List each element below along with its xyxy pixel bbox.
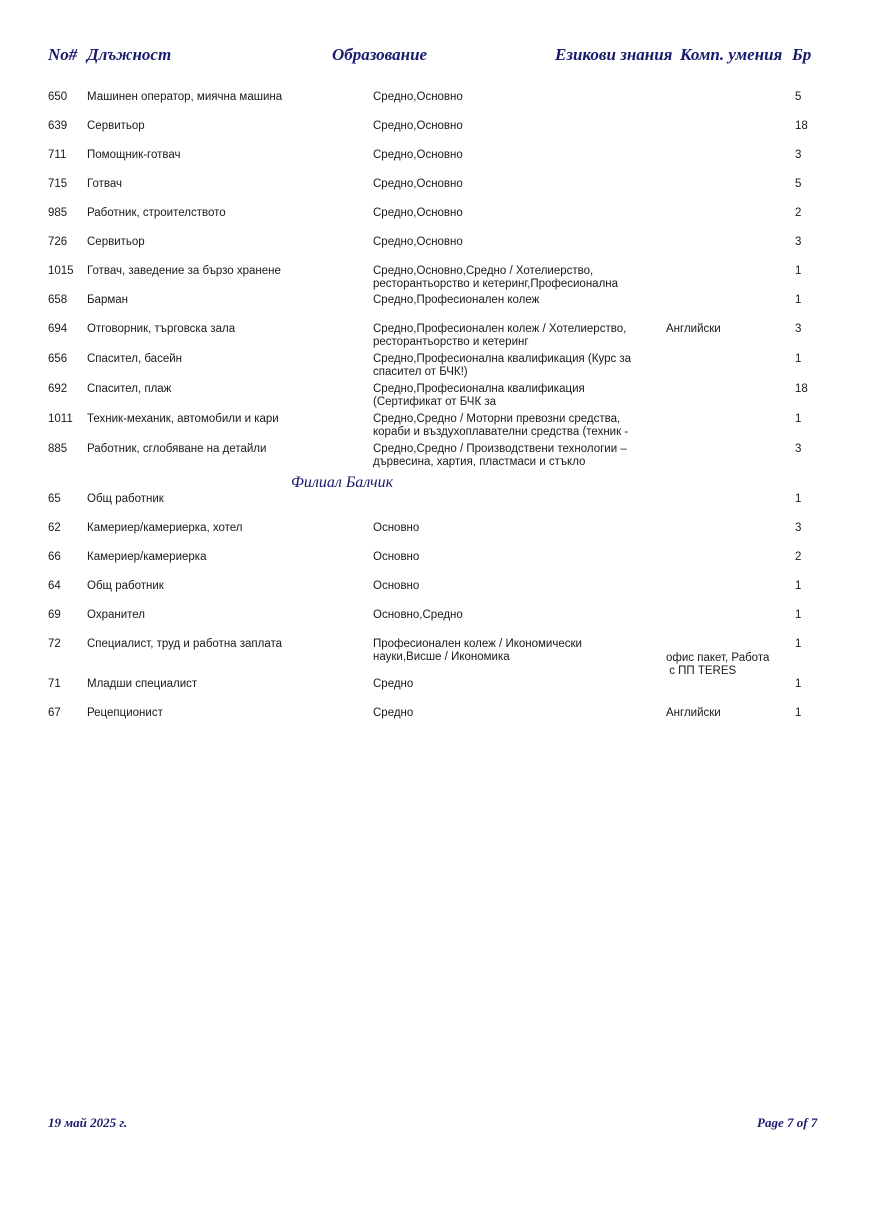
- row-number: 692: [48, 383, 67, 396]
- row-education: Средно,Основно: [373, 91, 653, 104]
- row-number: 656: [48, 353, 67, 366]
- row-education: Основно,Средно: [373, 609, 653, 622]
- row-count: 1: [795, 707, 801, 720]
- row-number: 650: [48, 91, 67, 104]
- row-education: Средно,Средно / Моторни превозни средств…: [373, 413, 653, 439]
- row-education: Средно,Основно,Средно / Хотелиерство, ре…: [373, 265, 653, 291]
- row-position: Спасител, басейн: [87, 353, 182, 366]
- row-education: Средно,Основно: [373, 207, 653, 220]
- row-education: Средно,Професионален колеж / Хотелиерств…: [373, 323, 653, 349]
- row-education: Средно,Основно: [373, 149, 653, 162]
- row-number: 62: [48, 522, 61, 535]
- row-position: Помощник-готвач: [87, 149, 181, 162]
- row-count: 18: [795, 120, 808, 133]
- header-languages: Езикови знания: [555, 45, 672, 65]
- footer-page-number: Page 7 of 7: [757, 1115, 817, 1131]
- row-count: 1: [795, 265, 801, 278]
- row-education: Средно,Основно: [373, 120, 653, 133]
- row-number: 71: [48, 678, 61, 691]
- row-position: Машинен оператор, миячна машина: [87, 91, 282, 104]
- row-number: 658: [48, 294, 67, 307]
- row-position: Общ работник: [87, 580, 164, 593]
- row-count: 1: [795, 493, 801, 506]
- header-count: Бр: [792, 45, 811, 65]
- row-count: 5: [795, 178, 801, 191]
- row-position: Готвач: [87, 178, 122, 191]
- row-position: Охранител: [87, 609, 145, 622]
- header-no: No#: [48, 45, 77, 65]
- row-education: Средно,Основно: [373, 236, 653, 249]
- row-position: Барман: [87, 294, 128, 307]
- row-count: 1: [795, 678, 801, 691]
- row-count: 3: [795, 443, 801, 456]
- row-count: 3: [795, 149, 801, 162]
- row-education: Професионален колеж / Икономически науки…: [373, 638, 653, 664]
- row-number: 64: [48, 580, 61, 593]
- row-education: Средно: [373, 678, 653, 691]
- row-number: 65: [48, 493, 61, 506]
- row-education: Средно,Професионална квалификация (Курс …: [373, 353, 653, 379]
- row-position: Младши специалист: [87, 678, 197, 691]
- row-position: Камериер/камериерка, хотел: [87, 522, 243, 535]
- row-computer-skills: офис пакет, Работа с ПП TERES: [666, 652, 769, 678]
- row-position: Техник-механик, автомобили и кари: [87, 413, 279, 426]
- row-languages: Английски: [666, 707, 721, 720]
- row-number: 72: [48, 638, 61, 651]
- row-count: 1: [795, 609, 801, 622]
- row-position: Сервитьор: [87, 120, 145, 133]
- row-count: 1: [795, 580, 801, 593]
- row-education: Средно,Средно / Производствени технологи…: [373, 443, 653, 469]
- row-number: 694: [48, 323, 67, 336]
- row-education: Основно: [373, 522, 653, 535]
- row-position: Работник, строителството: [87, 207, 226, 220]
- row-education: Средно: [373, 707, 653, 720]
- footer-date: 19 май 2025 г.: [48, 1115, 127, 1131]
- row-count: 3: [795, 522, 801, 535]
- row-number: 715: [48, 178, 67, 191]
- row-education: Основно: [373, 580, 653, 593]
- row-education: Средно,Професионална квалификация (Серти…: [373, 383, 653, 409]
- row-number: 1011: [48, 413, 73, 426]
- row-count: 1: [795, 294, 801, 307]
- row-position: Рецепционист: [87, 707, 163, 720]
- row-count: 1: [795, 638, 801, 651]
- row-count: 1: [795, 413, 801, 426]
- row-count: 5: [795, 91, 801, 104]
- row-position: Общ работник: [87, 493, 164, 506]
- row-number: 69: [48, 609, 61, 622]
- row-number: 711: [48, 149, 66, 162]
- row-count: 3: [795, 323, 801, 336]
- row-number: 66: [48, 551, 61, 564]
- row-number: 885: [48, 443, 67, 456]
- row-count: 2: [795, 207, 801, 220]
- row-number: 1015: [48, 265, 74, 278]
- row-count: 18: [795, 383, 808, 396]
- header-position: Длъжност: [87, 45, 171, 65]
- row-position: Спасител, плаж: [87, 383, 171, 396]
- row-position: Работник, сглобяване на детайли: [87, 443, 266, 456]
- row-position: Камериер/камериерка: [87, 551, 206, 564]
- row-education: Средно,Основно: [373, 178, 653, 191]
- row-number: 67: [48, 707, 61, 720]
- row-number: 985: [48, 207, 67, 220]
- row-count: 3: [795, 236, 801, 249]
- row-languages: Английски: [666, 323, 721, 336]
- row-education: Основно: [373, 551, 653, 564]
- row-position: Отговорник, търговска зала: [87, 323, 235, 336]
- row-number: 639: [48, 120, 67, 133]
- row-position: Сервитьор: [87, 236, 145, 249]
- row-education: Средно,Професионален колеж: [373, 294, 653, 307]
- row-number: 726: [48, 236, 67, 249]
- row-position: Готвач, заведение за бързо хранене: [87, 265, 281, 278]
- row-count: 2: [795, 551, 801, 564]
- row-position: Специалист, труд и работна заплата: [87, 638, 282, 651]
- header-computer-skills: Комп. умения: [680, 45, 782, 65]
- header-education: Образование: [332, 45, 427, 65]
- section-title: Филиал Балчик: [291, 474, 393, 492]
- row-count: 1: [795, 353, 801, 366]
